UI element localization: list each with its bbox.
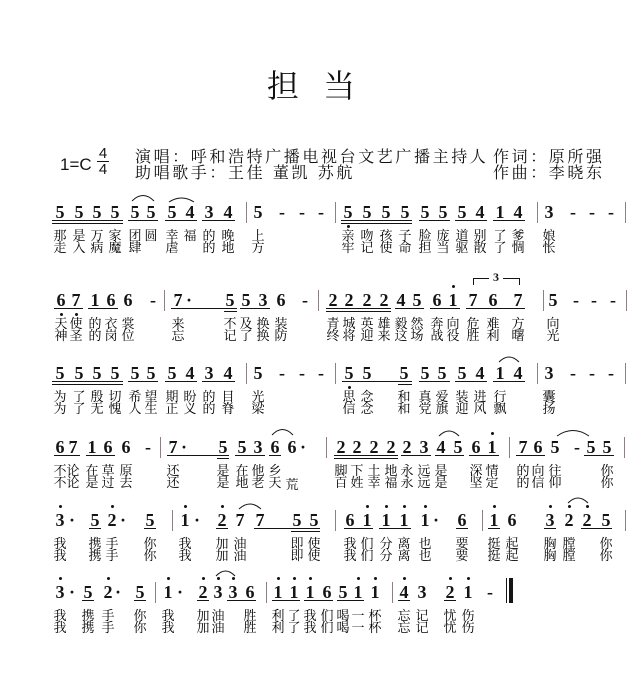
sustain-dash: - — [601, 290, 625, 310]
beam-underline — [52, 384, 123, 385]
slur — [556, 428, 590, 437]
lyric-verse-2: 地 — [216, 242, 240, 255]
note-column: 5往仰 — [543, 437, 567, 457]
note: 5 — [246, 202, 270, 222]
lyric-verse-2: 荒 — [280, 479, 304, 492]
note-column: 7方曙 — [506, 290, 530, 310]
lyric-verse-2: 利 — [481, 330, 505, 343]
note-column: 5上方 — [246, 202, 270, 222]
lyric-verse-2: 起 — [500, 550, 524, 563]
note: 6 — [238, 582, 262, 602]
beam-underline — [398, 384, 412, 385]
bar-line — [624, 437, 625, 458]
score-row: 6不不 7论论 1在是 6草过 6原去 - 7还还 · 5是是 5在地 3他老 … — [0, 437, 640, 491]
slur — [567, 496, 589, 504]
note-column: 5你你 — [595, 437, 619, 457]
lyric-verse-2: 仰 — [543, 477, 567, 490]
beam-underline — [224, 311, 237, 312]
augmentation-dot: · — [111, 510, 135, 530]
bar-line — [626, 290, 627, 311]
slur — [215, 569, 236, 577]
bar-line — [335, 510, 336, 531]
score-row: 5那走 5是入 5万病 5家魔 5团肆 5圆 5幸虐 4福 3的的 4晚地 5上… — [0, 202, 640, 256]
note: 3 — [537, 363, 561, 383]
note: 1 — [480, 437, 504, 457]
note-column: 6难利 — [481, 290, 505, 310]
note-column: 1伤伤 — [456, 582, 480, 602]
note: 7 — [506, 290, 530, 310]
lyric-verse-2: 杯 — [363, 622, 387, 635]
beam-underline — [334, 458, 398, 459]
slur — [438, 429, 460, 437]
bar-line — [625, 363, 626, 384]
score-row: 3我我 · 5携携 2手手 · 5你你 1我我 · 2加加 7油油 7 5即即 … — [0, 510, 640, 564]
beam-underline — [52, 223, 123, 224]
backing-vocals-credit: 助唱歌手：王佳 董凯 苏航 — [135, 164, 355, 182]
note: 3 — [410, 582, 434, 602]
beam-underline — [217, 458, 229, 459]
augmentation-dot: · — [60, 510, 84, 530]
dot: · — [168, 582, 192, 602]
note: 5 — [246, 363, 270, 383]
dash: - — [141, 290, 165, 310]
lyric-verse-2: 你 — [594, 550, 618, 563]
sustain-dash: - — [136, 437, 160, 457]
note-column: 5你你 — [594, 510, 618, 530]
note-column: 6胜胜 — [238, 582, 262, 602]
lyric-verse-2: 手 — [100, 550, 124, 563]
note-column: 4目脊 — [216, 363, 240, 383]
bar-line — [625, 510, 626, 531]
dot: · — [60, 510, 84, 530]
note-column: 6要要 — [450, 510, 474, 530]
augmentation-dot: · — [424, 510, 448, 530]
lyric-verse-2: 你 — [138, 550, 162, 563]
note: 5 — [302, 510, 326, 530]
final-barline-thick — [509, 578, 513, 603]
dot: · — [172, 437, 196, 457]
augmentation-dot: · — [177, 290, 201, 310]
dash: - — [309, 202, 333, 222]
lyric-verse-2: 记 — [410, 622, 434, 635]
lyric-verse-2: 油 — [228, 550, 252, 563]
score-row: 3 6天神 7使圣 1的的 6衣岗 6裳位 - 7来忘 · 5不记 5及了 3换… — [0, 290, 640, 344]
dash: - — [599, 202, 623, 222]
note: 4 — [506, 202, 530, 222]
score-row: 5为为 5了了 5殷无 5切愧 5希人 5望生 5期正 4盼义 3的的 4目脊 … — [0, 363, 640, 417]
note-column: 5使使 — [302, 510, 326, 530]
note-column: 5向光 — [541, 290, 565, 310]
augmentation-dot: · — [185, 510, 209, 530]
dot: · — [424, 510, 448, 530]
note: 6 — [269, 290, 293, 310]
note-column: 6裳位 — [116, 290, 140, 310]
slur — [271, 427, 294, 436]
lyric-verse-2: 还 — [161, 477, 185, 490]
note: 1 — [456, 582, 480, 602]
slur — [498, 355, 520, 363]
lyric-verse-2: 虐 — [160, 242, 184, 255]
note-column: 1杯杯 — [363, 582, 387, 602]
dot: · — [106, 582, 130, 602]
note: 3 — [537, 202, 561, 222]
note: 5 — [128, 582, 152, 602]
note: 4 — [216, 363, 240, 383]
note-column: 4 — [506, 363, 530, 383]
slur — [238, 502, 262, 510]
augmentation-dot: · — [168, 582, 192, 602]
lyric-verse-2: 油 — [206, 622, 230, 635]
note-column: 5你你 — [128, 582, 152, 602]
lyric-verse-2: 我 — [173, 550, 197, 563]
dash: - — [478, 582, 502, 602]
sustain-dash: - — [141, 290, 165, 310]
note: 5 — [138, 510, 162, 530]
dot: · — [291, 437, 315, 457]
lyric-verse-2: 伤 — [456, 622, 480, 635]
note-column: 5你你 — [138, 510, 162, 530]
lyric-verse-2: 去 — [114, 477, 138, 490]
lyric-verse-2: 惆 — [506, 242, 530, 255]
note: 7 — [248, 510, 272, 530]
note: 6 — [450, 510, 474, 530]
sustain-dash: - — [293, 290, 317, 310]
note: 6 — [481, 290, 505, 310]
time-signature-unit: 4 — [97, 162, 109, 178]
lyric-verse-2: 光 — [541, 330, 565, 343]
dot: · — [177, 290, 201, 310]
note: 6 — [116, 290, 140, 310]
beam-underline — [326, 311, 391, 312]
sustain-dash: - — [309, 363, 333, 383]
score-row: 3我我 · 5携携 2手手 · 5你你 1我我 · 2加加 3油油 3 6胜胜 … — [0, 582, 640, 636]
note: 4 — [506, 363, 530, 383]
note-column: 3囊扬 — [537, 363, 561, 383]
note-column: 4爹惆 — [506, 202, 530, 222]
time-signature: 4 4 — [97, 146, 109, 178]
note-column: 4晚地 — [216, 202, 240, 222]
bar-line — [335, 363, 336, 384]
song-title: 担 当 — [0, 68, 622, 104]
note: 6 — [114, 437, 138, 457]
lyric-verse-2: 我 — [48, 550, 72, 563]
bar-line — [326, 437, 327, 458]
note-column: 3记记 — [410, 582, 434, 602]
bar-line — [625, 202, 626, 223]
note: 5 — [594, 510, 618, 530]
dash: - — [309, 363, 333, 383]
lyric-verse-2: 怅 — [537, 242, 561, 255]
note: 5 — [595, 437, 619, 457]
lyric-verse-2: 要 — [450, 550, 474, 563]
lyric-verse-2: 位 — [116, 330, 140, 343]
composer-credit: 作曲：李晓东 — [493, 164, 605, 182]
lyric-verse-2: 忘 — [166, 330, 190, 343]
sustain-dash: - — [599, 202, 623, 222]
lyric-verse-2: 脊 — [216, 403, 240, 416]
augmentation-dot: · — [291, 437, 315, 457]
lyric-verse-2: 也 — [413, 550, 437, 563]
lyric-verse-2: 我 — [156, 622, 180, 635]
lyric-verse-2: 你 — [128, 622, 152, 635]
sustain-dash: - — [478, 582, 502, 602]
beam-underline — [291, 531, 320, 532]
bar-line — [318, 290, 319, 311]
dash: - — [599, 363, 623, 383]
lyric-verse-2: 是 — [429, 477, 453, 490]
sustain-dash: - — [599, 363, 623, 383]
slur — [131, 193, 155, 202]
dash: - — [601, 290, 625, 310]
note-column: 1情定 — [480, 437, 504, 457]
note-column: 3娘怅 — [537, 202, 561, 222]
lyric-verse-2: 方 — [246, 242, 270, 255]
note-column: 7 — [248, 510, 272, 530]
lyric-verse-2: 胜 — [238, 622, 262, 635]
note: 5 — [541, 290, 565, 310]
note-column: 5光梁 — [246, 363, 270, 383]
beam-underline — [341, 223, 412, 224]
time-signature-beats: 4 — [97, 146, 109, 162]
note-column: 6装防 — [269, 290, 293, 310]
note: 6 — [500, 510, 524, 530]
lyric-verse-2: 飘 — [488, 403, 512, 416]
lyric-verse-2: 膛 — [557, 550, 581, 563]
lyric-verse-2: 我 — [48, 622, 72, 635]
note-column: 6起起 — [500, 510, 524, 530]
note: 5 — [543, 437, 567, 457]
note: 4 — [216, 202, 240, 222]
lyric-verse-2: 使 — [302, 550, 326, 563]
bar-line — [509, 437, 510, 458]
lyric-verse-2: 念 — [355, 403, 379, 416]
sustain-dash: - — [309, 202, 333, 222]
note-column: 6原去 — [114, 437, 138, 457]
lyric-verse-2: 定 — [480, 477, 504, 490]
dash: - — [136, 437, 160, 457]
note: 5 — [355, 363, 379, 383]
lyric-verse-2: 你 — [595, 477, 619, 490]
final-barline-thin — [506, 578, 507, 603]
lyric-verse-2: 肆 — [123, 242, 147, 255]
lyric-verse-2: 扬 — [537, 403, 561, 416]
score-page: 担 当 1=C 4 4 演唱：呼和浩特广播电视台文艺广播主持人 作词：原所强 助… — [0, 0, 640, 689]
dot: · — [111, 510, 135, 530]
key-signature: 1=C — [60, 155, 92, 175]
note: 1 — [363, 582, 387, 602]
augmentation-dot: · — [106, 582, 130, 602]
dash: - — [293, 290, 317, 310]
lyric-verse-2: 梁 — [246, 403, 270, 416]
note-column: 5念念 — [355, 363, 379, 383]
augmentation-dot: · — [172, 437, 196, 457]
triplet-label: 3 — [489, 271, 503, 284]
lyric-verse-2: 手 — [96, 622, 120, 635]
lyric-verse-2: 防 — [269, 330, 293, 343]
lyric-verse-2: 曙 — [506, 330, 530, 343]
dot: · — [185, 510, 209, 530]
